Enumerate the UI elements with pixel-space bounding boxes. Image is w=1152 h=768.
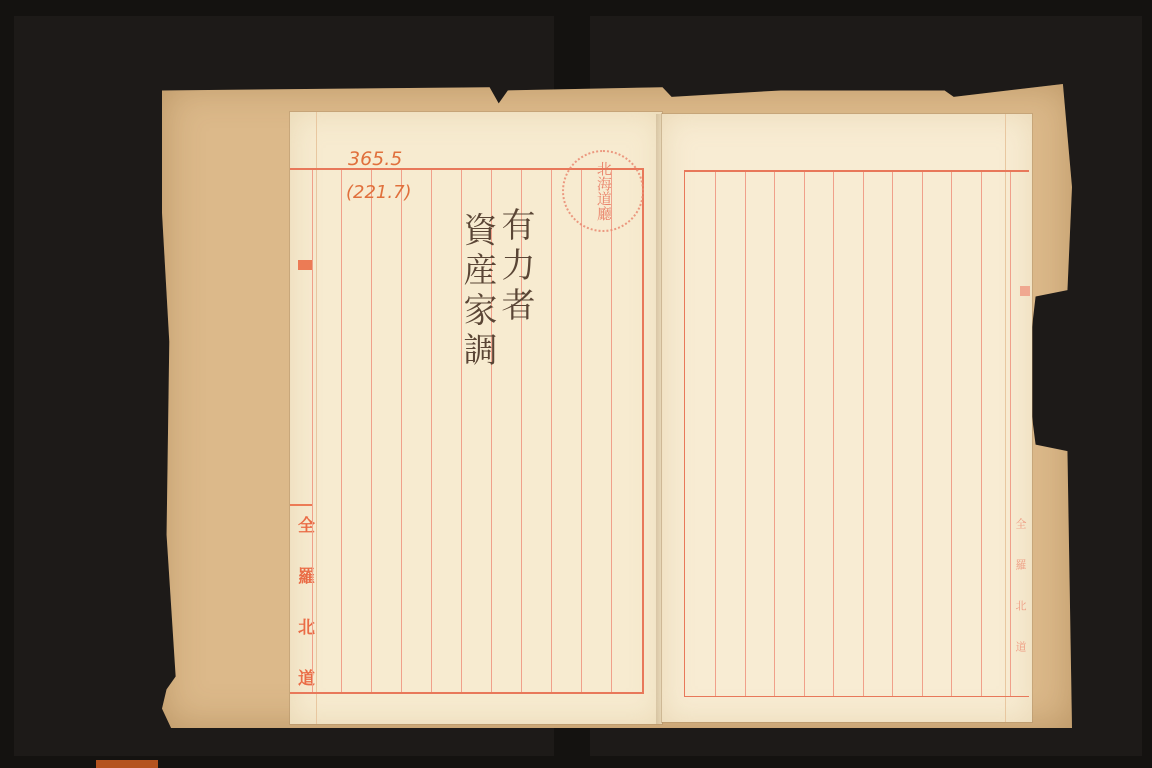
right-page: 全羅北道	[662, 114, 1032, 722]
title-column-2: 資産家調	[460, 212, 494, 372]
background-strip	[96, 760, 158, 768]
left-page: 全羅北道 365.5 (221.7) 有力者 資産家調 北海道廳	[290, 112, 662, 724]
call-number: 365.5	[348, 148, 402, 170]
title-column-1: 有力者	[498, 207, 532, 327]
ruled-columns-right	[685, 172, 1029, 696]
ruled-frame-right	[684, 170, 1029, 697]
secondary-number: (221.7)	[346, 182, 412, 203]
red-seal-stamp: 北海道廳	[562, 150, 644, 232]
